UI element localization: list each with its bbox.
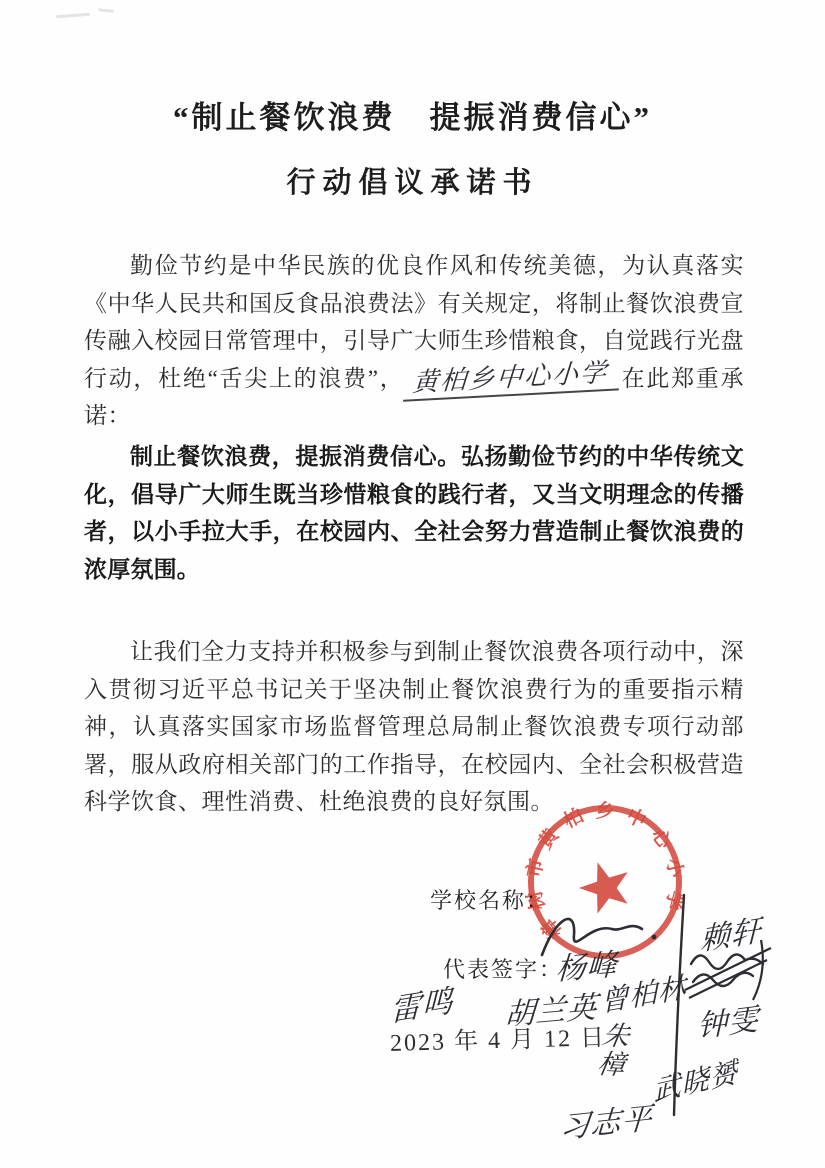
- signature: 胡兰英: [504, 982, 600, 1035]
- signature: 习志平: [559, 1093, 655, 1147]
- paragraph-intro: 勤俭节约是中华民族的优良作风和传统美德，为认真落实《中华人民共和国反食品浪费法》…: [84, 247, 744, 435]
- scanned-document-page: “制止餐饮浪费 提振消费信心” 行动倡议承诺书 勤俭节约是中华民族的优良作风和传…: [0, 0, 825, 1168]
- document-title-line1: “制止餐饮浪费 提振消费信心”: [0, 92, 825, 137]
- document-title-line2: 行动倡议承诺书: [0, 160, 825, 201]
- signature: 武晓赟: [652, 1050, 740, 1110]
- paragraph-action: 让我们全力支持并积极参与到制止餐饮浪费各项行动中，深入贯彻习近平总书记关于坚决制…: [84, 633, 744, 821]
- handwritten-school-name: 黄柏乡中心小学: [403, 359, 621, 401]
- scan-artifact: [98, 8, 114, 13]
- paragraph-commitment-bold: 制止餐饮浪费，提振消费信心。弘扬勤俭节约的中华传统文化，倡导广大师生既当珍惜粮食…: [84, 438, 744, 588]
- signature: 朱樟: [595, 1021, 640, 1080]
- signature: 钟雯: [697, 994, 759, 1046]
- scan-artifact: [56, 13, 90, 18]
